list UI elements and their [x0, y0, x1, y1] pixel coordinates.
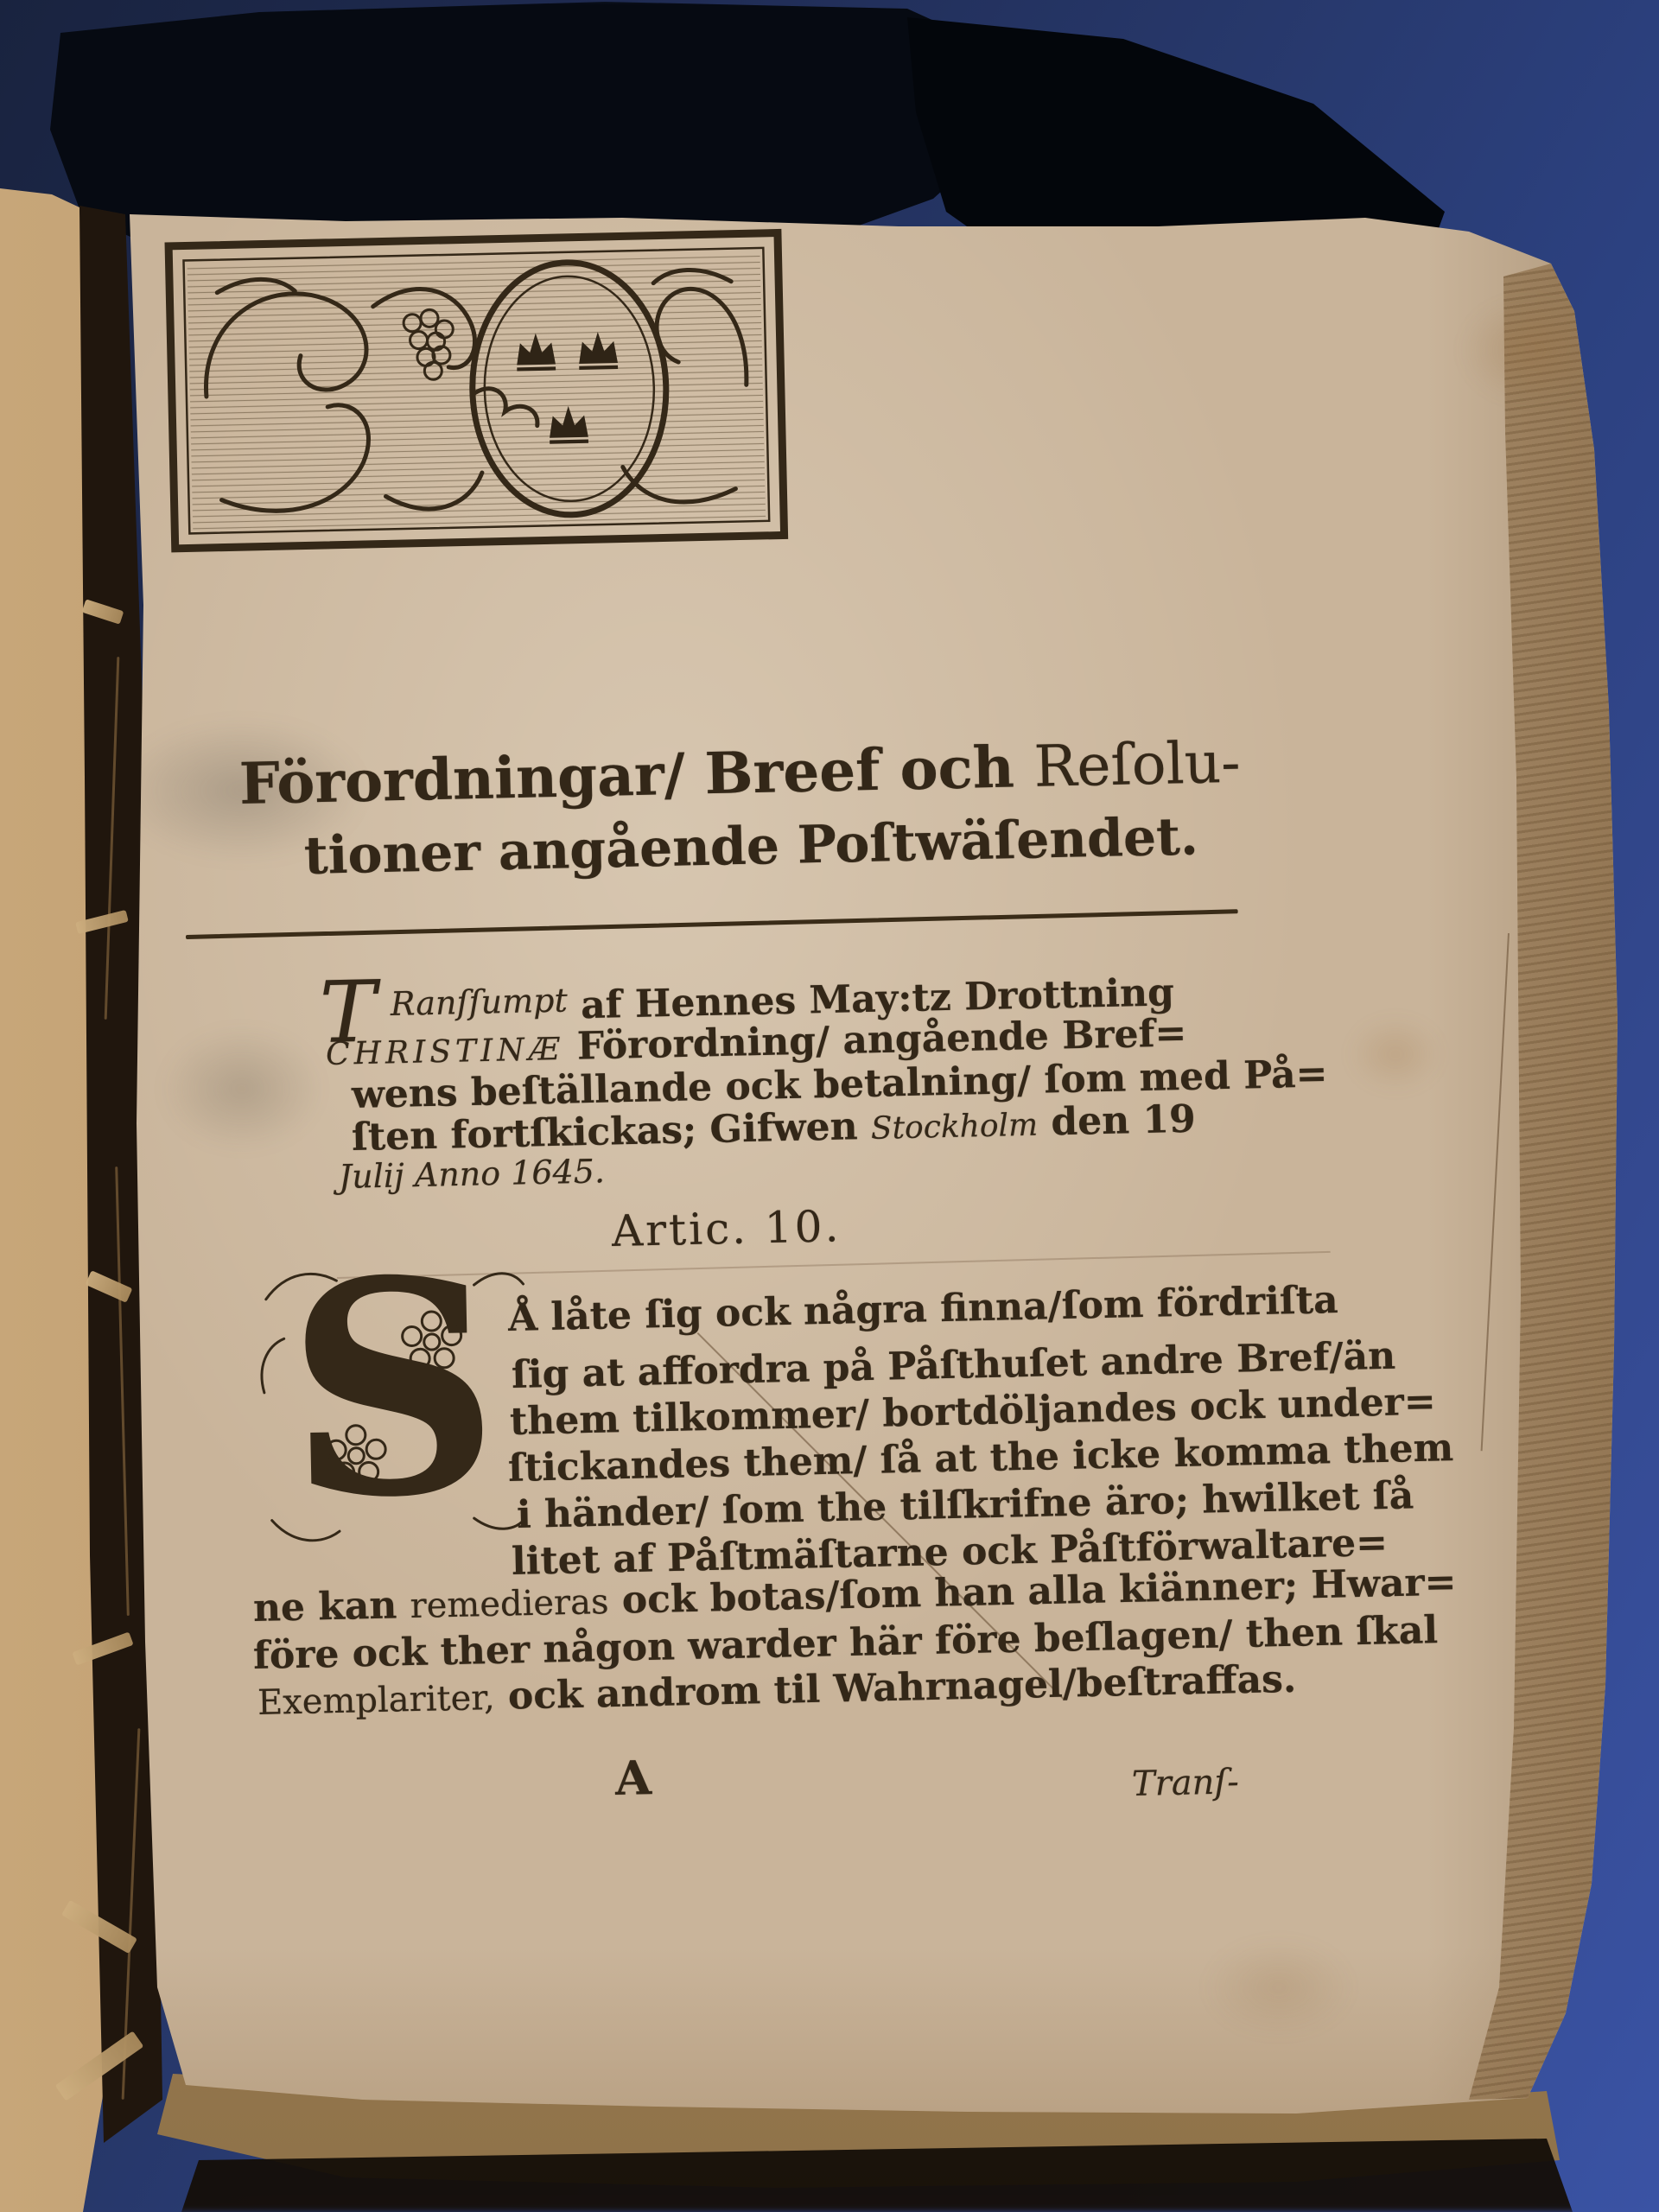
body-line-9-antiqua: Exemplariter, — [257, 1678, 496, 1723]
queen-name: CHRISTINÆ — [326, 1032, 565, 1072]
article-heading: Artic. 10. — [611, 1201, 842, 1256]
preamble-transsumpt: Ranſſumpt — [390, 982, 568, 1023]
body-line-7-antiqua: remedieras — [410, 1582, 609, 1626]
preamble-line-5: Julij Anno 1645. — [339, 1152, 606, 1196]
dropcap-letter: S — [283, 1258, 502, 1548]
dropcap-initial-woodcut: S — [253, 1258, 533, 1548]
edge-crack — [1481, 933, 1510, 1451]
preamble-line-4-post: den 19 — [1038, 1097, 1197, 1145]
woodcut-headpiece-ornament — [164, 228, 789, 553]
photo-of-old-book-page: Förordningar/ Breef och Reſolu- tioner a… — [0, 0, 1659, 2212]
place-name: Stockholm — [870, 1108, 1038, 1147]
title-line-2: tioner angående Poſtwäſendet. — [303, 806, 1198, 887]
title-rule — [186, 909, 1238, 939]
title-line-1-antiqua: Reſolu- — [1033, 729, 1241, 800]
foxing-spot — [1331, 1002, 1460, 1106]
signature-mark: A — [614, 1750, 652, 1806]
book-page: Förordningar/ Breef och Reſolu- tioner a… — [0, 0, 1659, 2212]
body-line-7-pre: ne kan — [252, 1583, 410, 1630]
foxing-spot — [1434, 276, 1624, 423]
foxing-spot — [1175, 1918, 1382, 2056]
body-line-1: Å låte ſig ock några finna/ſom fördriſta — [507, 1278, 1338, 1340]
catchword: Tranſ- — [1131, 1762, 1239, 1804]
